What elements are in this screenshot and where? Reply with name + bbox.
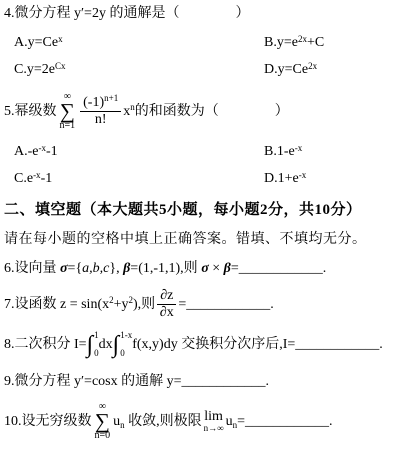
question-7: 7.设函数 z = sin(x2+y2),则 ∂z ∂x =__________… (4, 289, 409, 321)
integral-sign: ∫ (87, 333, 94, 357)
question-7-prefix: 7.设函数 z = sin(x2+y2),则 (4, 297, 155, 313)
series-power-term: xn (123, 104, 135, 120)
option-5c: C.e-x-1 (14, 171, 264, 187)
question-4-options: A.y=Cex B.y=e2x+C C.y=2eCx D.y=Ce2x (14, 35, 409, 78)
summation-symbol: ∞ ∑ n=0 (95, 402, 111, 441)
exam-page: 4.微分方程 y′=2y 的通解是（ ） A.y=Cex B.y=e2x+C C… (0, 0, 413, 458)
fraction-numerator: ∂z (157, 289, 176, 306)
limit-operator: lim n→∞ (204, 410, 224, 433)
option-4c: C.y=2eCx (14, 62, 264, 78)
question-8-suffix: f(x,y)dy 交换积分次序后,I=____________. (132, 337, 383, 353)
option-4d: D.y=Ce2x (264, 62, 409, 78)
option-5b: B.1-e-x (264, 144, 409, 160)
series-fraction: (-1)n+1 n! (80, 96, 121, 128)
option-5a: A.-e-x-1 (14, 144, 264, 160)
option-5d: D.1+e-x (264, 171, 409, 187)
summation-symbol: ∞ ∑ n=1 (60, 92, 76, 131)
partial-derivative-fraction: ∂z ∂x (157, 289, 176, 321)
option-4b: B.y=e2x+C (264, 35, 409, 51)
integral-upper-limit: 1-x (120, 331, 132, 340)
section-2-instruction: 请在每小题的空格中填上正确答案。错填、不填均无分。 (4, 232, 409, 248)
question-8-dx: dx (99, 337, 113, 353)
integral-sign: ∫ (113, 333, 120, 357)
limit-subscript: n→∞ (204, 424, 224, 433)
section-2-title: 二、填空题（本大题共5小题，每小题2分，共10分） (4, 202, 409, 219)
integral-outer: ∫ 1 0 (87, 331, 99, 358)
integral-inner: ∫ 1-x 0 (113, 331, 133, 358)
sum-lower-limit: n=1 (60, 121, 76, 131)
limit-word: lim (204, 410, 224, 424)
sum-lower-limit: n=0 (95, 431, 111, 441)
question-9: 9.微分方程 y′=cosx 的通解 y=____________. (4, 374, 409, 390)
question-5-stem: 5.幂级数 ∞ ∑ n=1 (-1)n+1 n! xn 的和函数为（ ） (4, 92, 409, 131)
integral-lower-limit: 0 (120, 349, 132, 358)
sum-sigma: ∑ (95, 412, 110, 431)
question-6: 6.设向量 σ={a,b,c}, β=(1,-1,1),则 σ × β=____… (4, 261, 409, 277)
question-10-prefix: 10.设无穷级数 (4, 414, 92, 430)
question-5-suffix: 的和函数为（ ） (135, 104, 289, 120)
fraction-numerator: (-1)n+1 (80, 96, 121, 113)
option-4a: A.y=Cex (14, 35, 264, 51)
integral-limits: 1-x 0 (120, 331, 132, 358)
sum-sigma: ∑ (60, 102, 75, 121)
question-8: 8.二次积分 I= ∫ 1 0 dx ∫ 1-x 0 f(x,y)dy 交换积分… (4, 331, 409, 358)
question-5-options: A.-e-x-1 B.1-e-x C.e-x-1 D.1+e-x (14, 144, 409, 187)
question-7-blank: =____________. (178, 297, 273, 313)
question-10: 10.设无穷级数 ∞ ∑ n=0 un 收敛,则极限 lim n→∞ un=__… (4, 402, 409, 441)
question-10-term: un 收敛,则极限 (113, 414, 202, 430)
question-4-stem: 4.微分方程 y′=2y 的通解是（ ） (4, 6, 409, 22)
question-8-prefix: 8.二次积分 I= (4, 337, 87, 353)
question-5-prefix: 5.幂级数 (4, 104, 57, 120)
fraction-denominator: ∂x (157, 305, 176, 321)
question-10-blank: un=____________. (226, 414, 333, 430)
fraction-denominator: n! (80, 112, 121, 128)
